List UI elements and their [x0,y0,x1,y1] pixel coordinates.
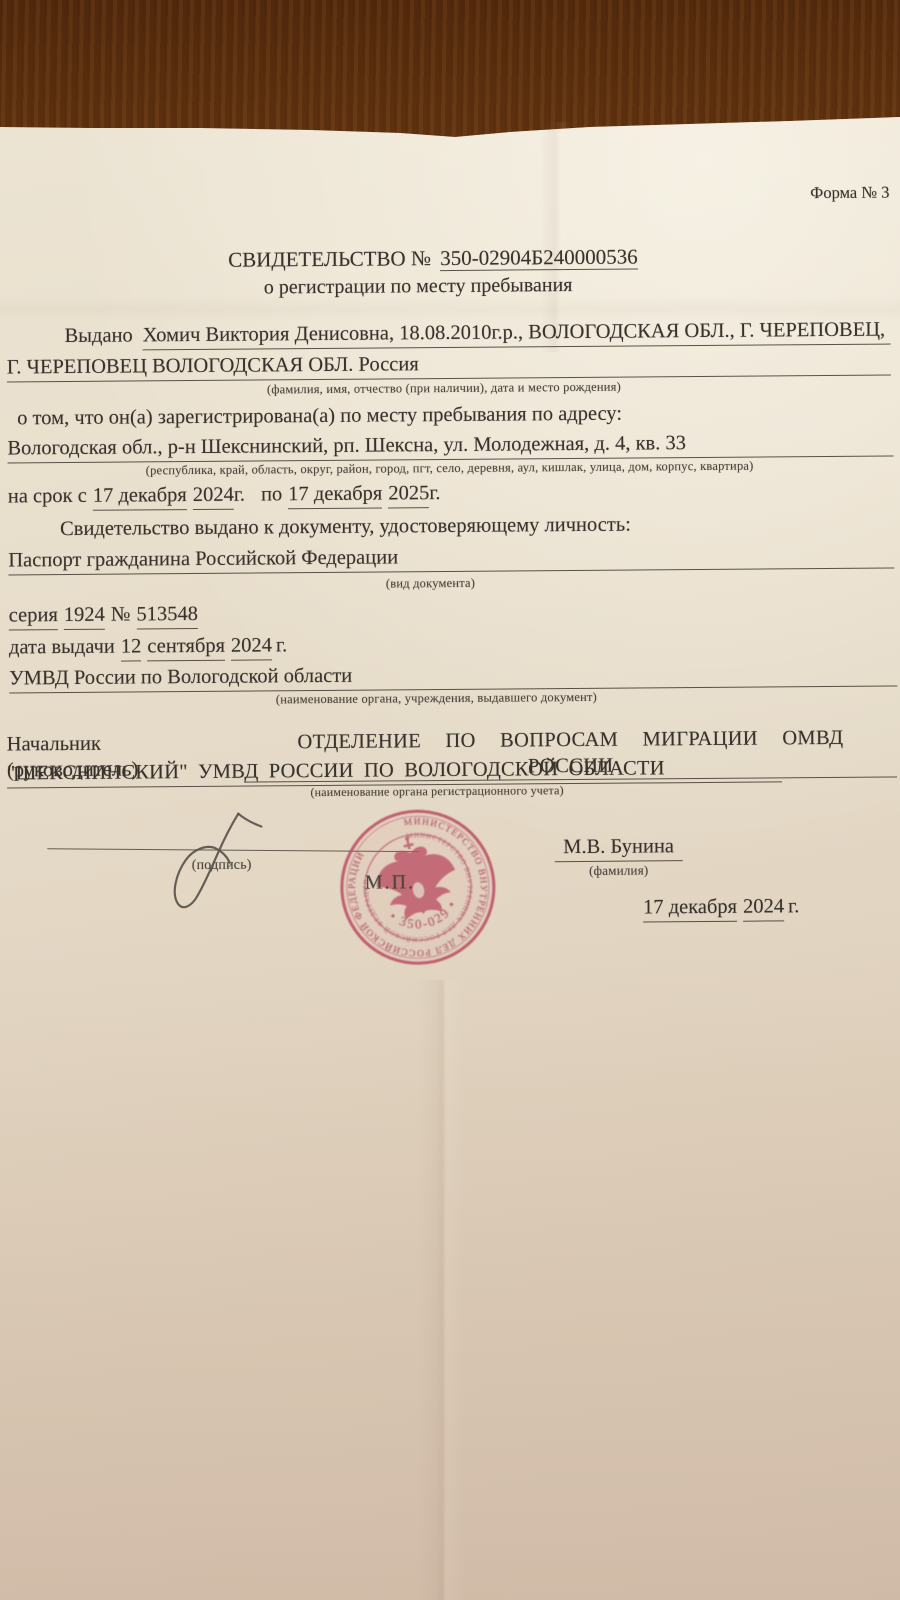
registration-intro: о том, что он(а) зарегистрирована(а) по … [17,402,622,432]
blank-line-filler [398,542,894,573]
period-to-label: по [261,482,282,508]
blank-line-filler [419,349,891,379]
photo-of-document: Форма № 3 СВИДЕТЕЛЬСТВО № 350-02904Б2400… [0,0,900,1600]
period-label: на срок с [8,484,87,510]
blank-line-filler [885,318,891,345]
blank-line-filler [352,659,897,690]
period-to-year: 2025 [388,481,429,508]
doc-type-caption: (вид документа) [0,573,860,595]
period-from-date: 17 декабря [93,483,187,510]
series-label: серия [9,603,58,630]
issued-birthplace-value: Г. ЧЕРЕПОВЕЦ ВОЛОГОДСКАЯ ОБЛ. Россия [7,352,419,382]
authority-value: УМВД России по Вологодской области [9,664,352,693]
period-from-suffix: г. [234,483,245,509]
blank-line-filler [686,430,894,458]
issue-suffix: г. [276,633,287,659]
certificate-date-day-month: 17 декабря [643,895,737,922]
title-prefix: СВИДЕТЕЛЬСТВО № [228,246,431,272]
issue-date-line: дата выдачи 12 сентября 2024 г. [9,633,287,662]
certificate-subtitle: о регистрации по месту пребывания [0,272,838,302]
form-number-label: Форма № 3 [810,183,889,204]
series-value: 1924 [64,603,105,630]
issued-line-1: Выдано Хомич Виктория Денисовна, 18.08.2… [8,318,890,352]
issue-month: сентября [147,634,225,661]
identity-doc-intro: Свидетельство выдано к документу, удосто… [60,513,631,543]
issue-year: 2024 [231,633,272,660]
period-to-suffix: г. [429,481,440,507]
issue-date-label: дата выдачи [9,635,115,661]
official-round-stamp: МИНИСТЕРСТВО ВНУТРЕННИХ ДЕЛ РОССИЙСКОЙ Ф… [336,806,499,969]
doc-type-value: Паспорт гражданина Российской Федерации [8,545,398,575]
period-to-date: 17 декабря [288,482,382,509]
number-sign: № [111,603,131,629]
mp-seal-placeholder-label: М.П. [365,871,415,894]
certificate-date-suffix: г. [788,894,799,920]
issued-name-value: Хомич Виктория Денисовна, 18.08.2010г.р.… [143,318,886,350]
blank-line-filler [665,755,782,783]
issued-label: Выдано [64,323,132,349]
signer-name: М.В. Бунина [554,834,682,862]
certificate-number: 350-02904Б240000536 [440,245,638,272]
series-number-line: серия 1924 № 513548 [9,602,198,630]
doc-type-line: Паспорт гражданина Российской Федерации [8,542,894,576]
issued-line-2: Г. ЧЕРЕПОВЕЦ ВОЛОГОДСКАЯ ОБЛ. Россия [7,349,891,383]
issue-day: 12 [121,634,142,661]
certificate-content: Форма № 3 СВИДЕТЕЛЬСТВО № 350-02904Б2400… [0,0,900,1600]
handwritten-signature [157,791,288,922]
period-line: на срок с 17 декабря 2024 г. по 17 декаб… [8,481,441,511]
certificate-date-line: 17 декабря 2024 г. [643,894,799,922]
number-value: 513548 [136,602,198,629]
certificate-title: СВИДЕТЕЛЬСТВО № 350-02904Б240000536 [0,243,868,275]
period-from-year: 2024 [193,483,234,510]
address-value: Вологодская обл., р-н Шекснинский, рп. Ш… [7,431,686,463]
signer-caption: (фамилия) [555,862,683,879]
certificate-date-year: 2024 [743,894,784,921]
